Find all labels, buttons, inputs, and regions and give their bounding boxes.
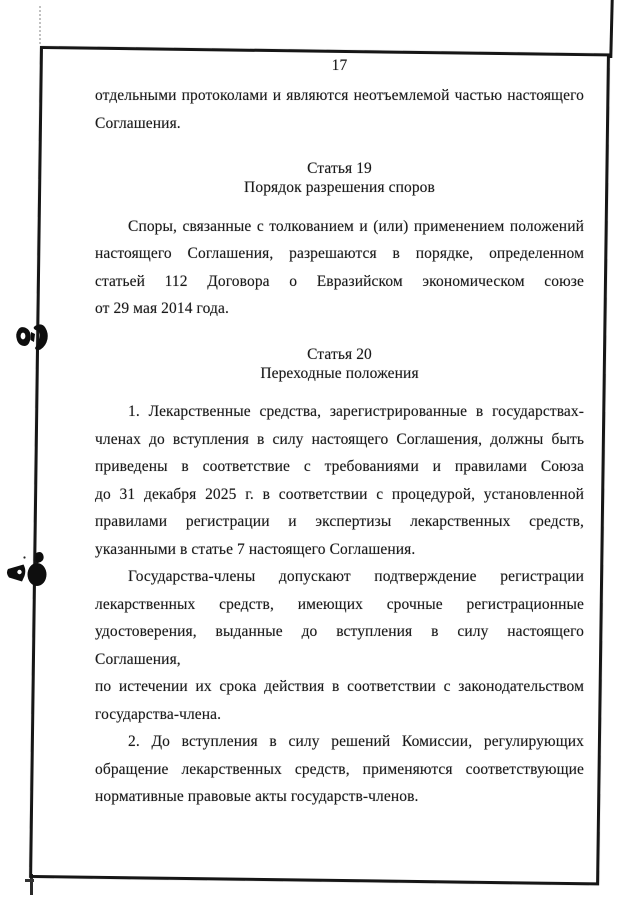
paragraph: 1. Лекарственные средства, зарегистриров… xyxy=(95,398,584,563)
text-line: Статья 19 xyxy=(95,159,584,178)
text-line: по истечении их срока действия в соответ… xyxy=(95,673,584,701)
text-line: удостоверения, выданные до вступления в … xyxy=(95,618,584,673)
text-line: 1. Лекарственные средства, зарегистриров… xyxy=(95,398,584,426)
text-line: 2. До вступления в силу решений Комиссии… xyxy=(95,728,584,756)
text-line: Порядок разрешения споров xyxy=(95,178,584,197)
scan-edge-dotted-top-left xyxy=(39,6,41,44)
binding-mark-bottom xyxy=(6,551,50,589)
text-line: государства-члена. xyxy=(95,701,584,729)
article-heading: Статья 20Переходные положения xyxy=(95,345,584,383)
paragraph: Споры, связанные с толкованием и (или) п… xyxy=(95,213,584,323)
page-number: 17 xyxy=(95,55,584,76)
text-line: от 29 мая 2014 года. xyxy=(95,295,584,323)
text-line: отдельными протоколами и являются неотъе… xyxy=(95,82,584,110)
binding-mark-top xyxy=(14,322,50,352)
text-line: Статья 20 xyxy=(95,345,584,364)
text-line: приведены в соответствие с требованиями … xyxy=(95,453,584,481)
text-line: правилами регистрации и экспертизы лекар… xyxy=(95,508,584,536)
article-heading: Статья 19Порядок разрешения споров xyxy=(95,159,584,197)
text-line: Споры, связанные с толкованием и (или) п… xyxy=(95,213,584,241)
text-line: лекарственных средств, имеющих срочные р… xyxy=(95,591,584,619)
text-line: Переходные положения xyxy=(95,364,584,383)
text-line: обращение лекарственных средств, применя… xyxy=(95,756,584,784)
text-line: статьей 112 Договора о Евразийском эконо… xyxy=(95,268,584,296)
page-content: 17 отдельными протоколами и являются нео… xyxy=(95,55,584,811)
paragraph: отдельными протоколами и являются неотъе… xyxy=(95,82,584,137)
text-line: до 31 декабря 2025 г. в соответствии с п… xyxy=(95,481,584,509)
paragraph: 2. До вступления в силу решений Комиссии… xyxy=(95,728,584,811)
text-line: Государства-члены допускают подтверждени… xyxy=(95,563,584,591)
scan-edge-stub-bottom-left xyxy=(25,879,34,882)
text-line: указанными в статье 7 настоящего Соглаше… xyxy=(95,536,584,564)
scanned-page: 17 отдельными протоколами и являются нео… xyxy=(0,0,640,905)
document-body: отдельными протоколами и являются неотъе… xyxy=(95,82,584,811)
text-line: Соглашения. xyxy=(95,110,584,138)
paragraph: Государства-члены допускают подтверждени… xyxy=(95,563,584,728)
text-line: настоящего Соглашения, разрешаются в пор… xyxy=(95,240,584,268)
text-line: членах до вступления в силу настоящего С… xyxy=(95,426,584,454)
scan-page-edge-right xyxy=(609,0,613,58)
text-line: нормативные правовые акты государств-чле… xyxy=(95,783,584,811)
